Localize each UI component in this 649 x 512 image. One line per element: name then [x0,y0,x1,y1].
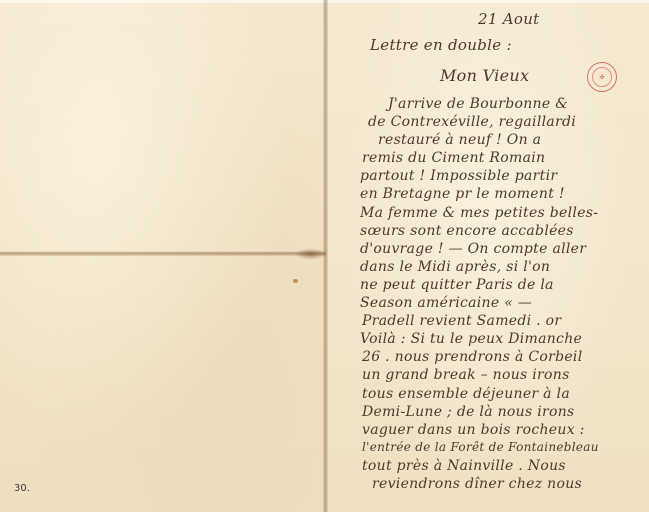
letter-line: Demi-Lune ; de là nous irons [362,404,575,420]
fold-stain [295,248,327,260]
letter-line: d'ouvrage ! — On compte aller [360,241,586,257]
letter-line: en Bretagne pr le moment ! [360,186,565,202]
letter-line: tous ensemble déjeuner à la [362,386,570,402]
letter-line: 26 . nous prendrons à Corbeil [362,349,582,365]
letter-date: 21 Aout [478,10,540,28]
stamp-center-icon: ✠ [592,67,612,87]
letter-line: un grand break – nous irons [362,367,570,383]
horizontal-fold-crease [0,251,326,256]
letter-line: remis du Ciment Romain [362,150,545,166]
letter-line: J'arrive de Bourbonne & [388,96,568,112]
letter-heading: Lettre en double : [370,36,512,54]
letter-line: Voilà : Si tu le peux Dimanche [360,331,582,347]
letter-line: ne peut quitter Paris de la [360,277,554,293]
library-stamp-icon: ✠ [587,62,617,92]
letter-salutation: Mon Vieux [440,66,529,85]
letter-line: de Contrexéville, regaillardi [368,114,576,130]
letter-line: Ma femme & mes petites belles- [360,205,598,221]
letter-line: dans le Midi après, si l'on [360,259,550,275]
letter-line: reviendrons dîner chez nous [372,476,582,492]
foxing-spot [293,279,298,283]
letter-line: l'entrée de la Forêt de Fontainebleau [362,440,599,454]
letter-line: vaguer dans un bois rocheux : [362,422,585,438]
letter-line: Season américaine « — [360,295,532,311]
archive-page-number: 30. [14,483,30,494]
left-page-blank [0,0,326,512]
letter-line: partout ! Impossible partir [360,168,557,184]
letter-line: restauré à neuf ! On a [378,132,541,148]
letter-scan: 30. ✠ 21 Aout Lettre en double : Mon Vie… [0,0,649,512]
letter-line: Pradell revient Samedi . or [362,313,561,329]
letter-line: tout près à Nainville . Nous [362,458,566,474]
letter-line: sœurs sont encore accablées [360,223,574,239]
